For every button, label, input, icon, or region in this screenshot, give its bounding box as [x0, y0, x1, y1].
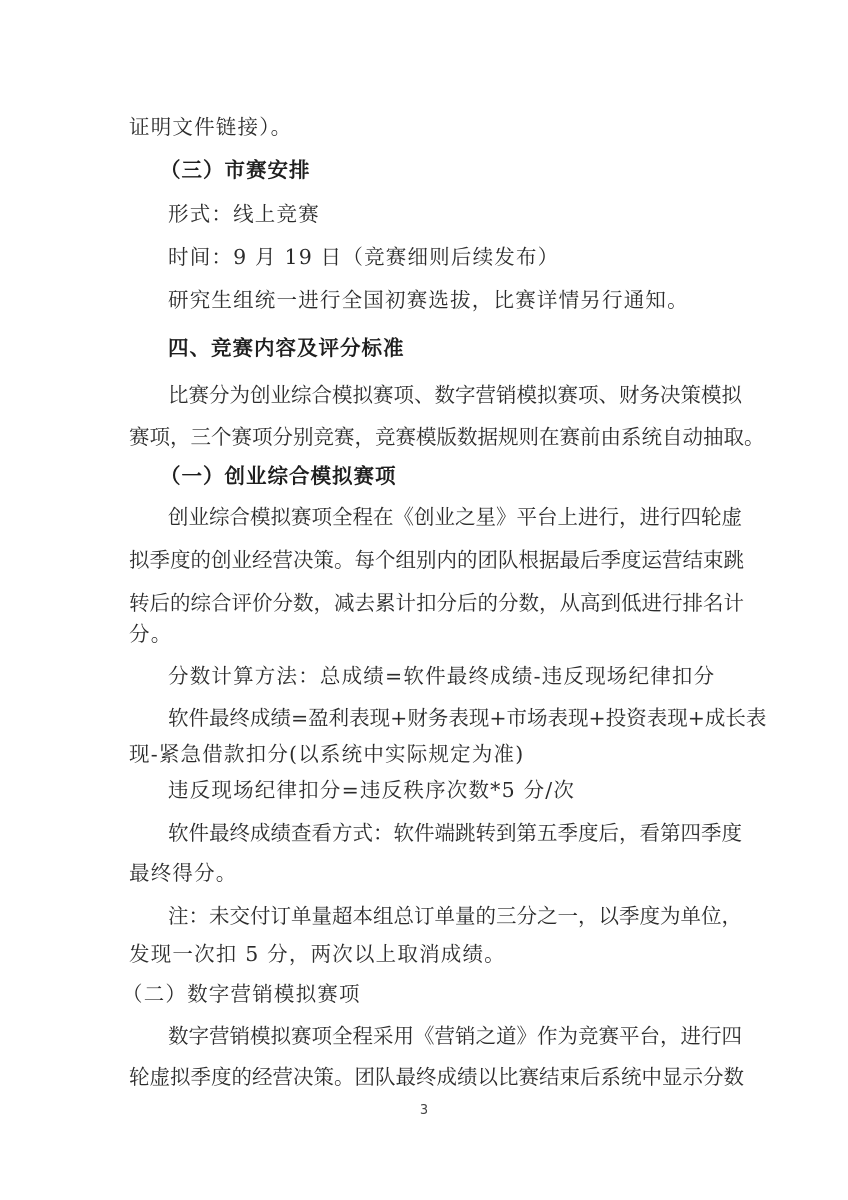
- score-viewing-method-cont: 最终得分。: [129, 860, 238, 886]
- graduate-group-note: 研究生组统一进行全国初赛选拔，比赛详情另行通知。: [168, 287, 689, 313]
- paragraph-competition-overview: 比赛分为创业综合模拟赛项、数字营销模拟赛项、财务决策模拟: [168, 382, 719, 408]
- paragraph-competition-overview-cont: 赛项，三个赛项分别竞赛，竞赛模版数据规则在赛前由系统自动抽取。: [129, 424, 719, 450]
- subsection-heading-city-competition: （三）市赛安排: [160, 157, 311, 183]
- score-viewing-method: 软件最终成绩查看方式：软件端跳转到第五季度后，看第四季度: [168, 820, 719, 846]
- document-page: 证明文件链接）。 （三）市赛安排 形式：线上竞赛 时间：9 月 19 日（竞赛细…: [0, 0, 848, 1200]
- subsection-heading-digital-marketing: （二）数字营销模拟赛项: [122, 981, 361, 1007]
- discipline-deduction-formula: 违反现场纪律扣分=违反秩序次数*5 分/次: [168, 777, 575, 803]
- subsection-heading-entrepreneurship: （一）创业综合模拟赛项: [160, 463, 397, 489]
- note-undelivered-orders-cont: 发现一次扣 5 分，两次以上取消成绩。: [129, 941, 506, 967]
- paragraph-continuation: 证明文件链接）。: [129, 114, 292, 140]
- paragraph-digital-marketing-cont: 轮虚拟季度的经营决策。团队最终成绩以比赛结束后系统中显示分数: [129, 1064, 719, 1090]
- page-number: 3: [0, 1103, 848, 1118]
- section-heading-content-scoring: 四、竞赛内容及评分标准: [168, 335, 405, 361]
- format-line: 形式：线上竞赛: [168, 201, 320, 227]
- note-undelivered-orders: 注：未交付订单量超本组总订单量的三分之一，以季度为单位，: [168, 903, 719, 929]
- paragraph-entrepreneurship-cont-1: 拟季度的创业经营决策。每个组别内的团队根据最后季度运营结束跳: [129, 547, 719, 573]
- software-score-formula: 软件最终成绩=盈利表现+财务表现+市场表现+投资表现+成长表: [168, 705, 719, 731]
- paragraph-entrepreneurship-cont-3: 分。: [129, 621, 172, 647]
- software-score-formula-cont: 现-紧急借款扣分(以系统中实际规定为准): [129, 741, 524, 767]
- paragraph-digital-marketing: 数字营销模拟赛项全程采用《营销之道》作为竞赛平台，进行四: [168, 1023, 719, 1049]
- score-calculation-method: 分数计算方法：总成绩=软件最终成绩-违反现场纪律扣分: [168, 663, 715, 689]
- time-line: 时间：9 月 19 日（竞赛细则后续发布）: [168, 244, 559, 270]
- paragraph-entrepreneurship-cont-2: 转后的综合评价分数，减去累计扣分后的分数，从高到低进行排名计: [129, 590, 719, 616]
- paragraph-entrepreneurship: 创业综合模拟赛项全程在《创业之星》平台上进行，进行四轮虚: [168, 504, 719, 530]
